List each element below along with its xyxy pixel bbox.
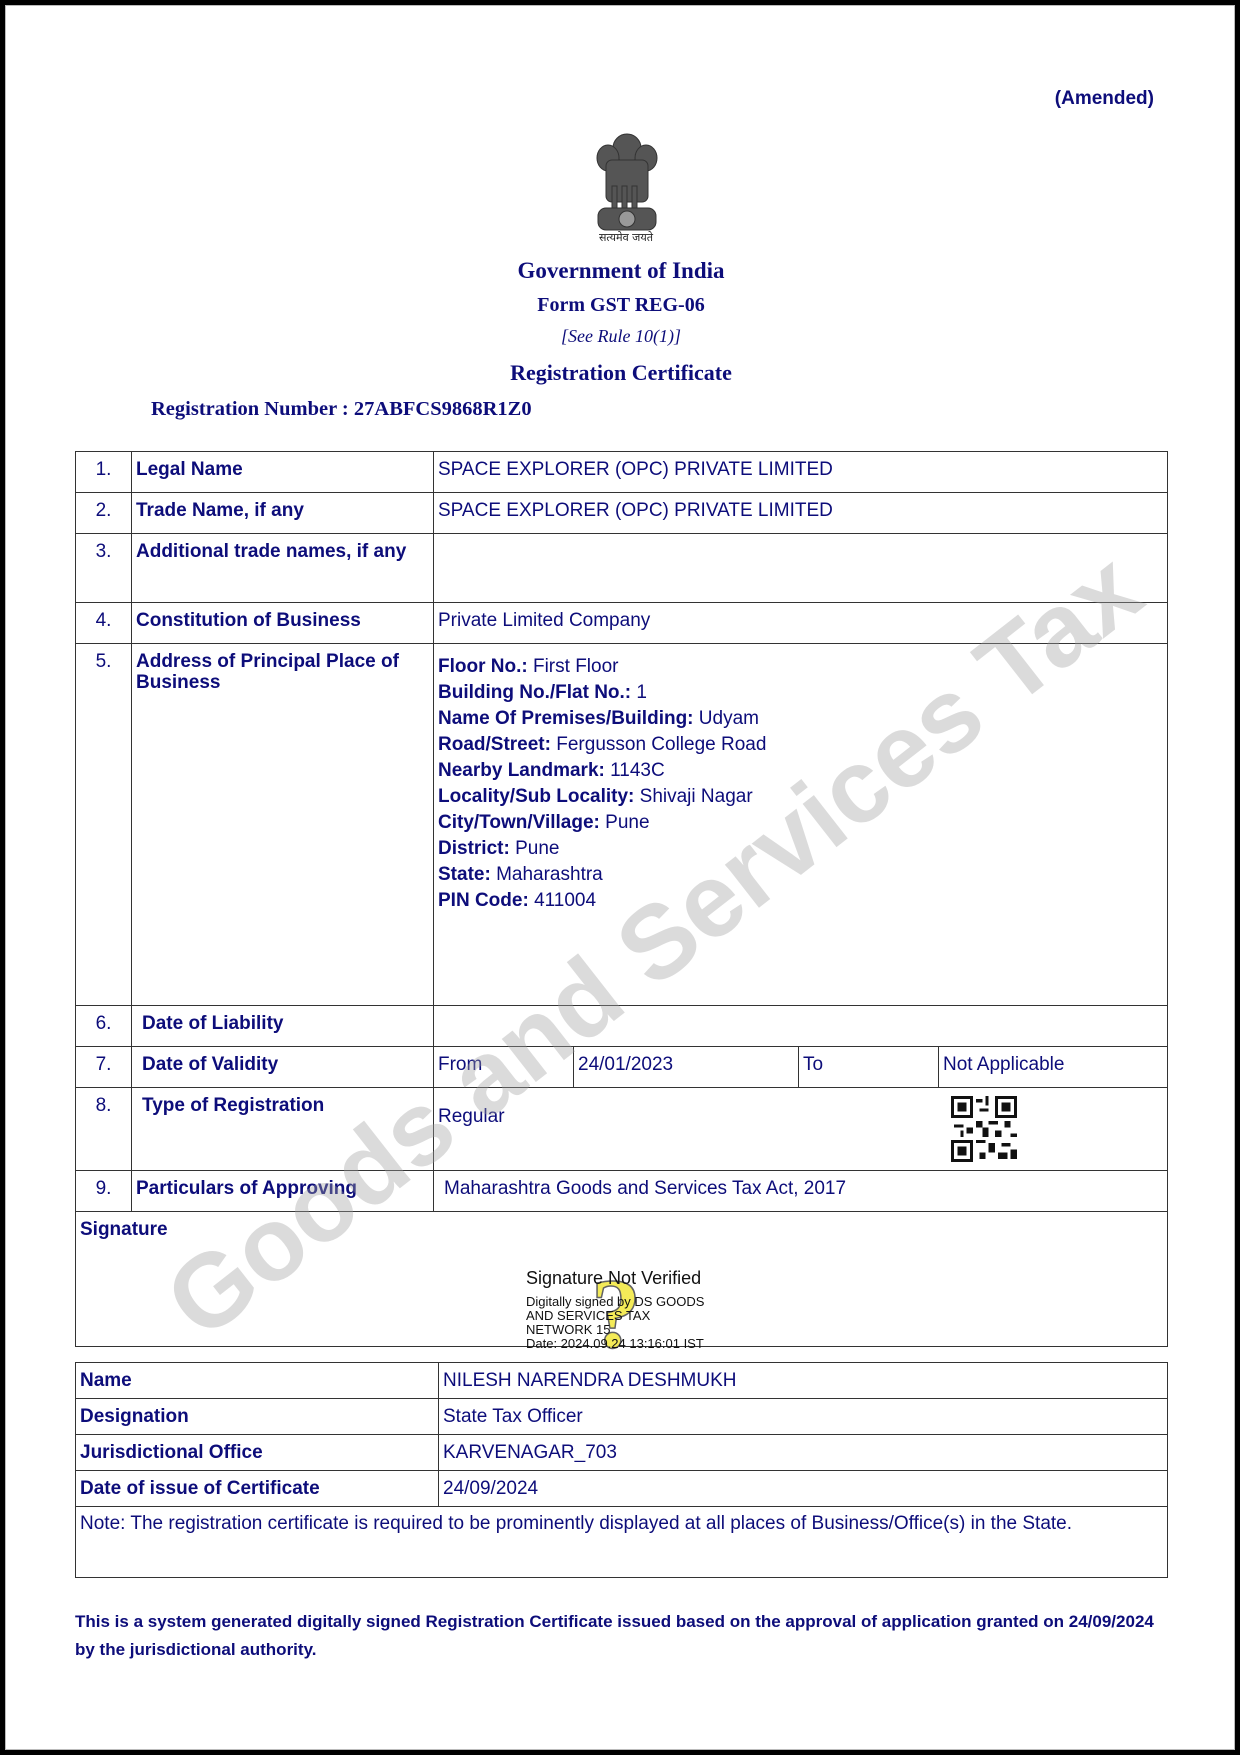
amended-label: (Amended) — [1055, 88, 1154, 110]
table-row: 9. Particulars of Approving Maharashtra … — [76, 1171, 1168, 1212]
jurisdictional-office: KARVENAGAR_703 — [439, 1435, 1168, 1471]
table-row: Date of issue of Certificate 24/09/2024 — [76, 1471, 1168, 1507]
signature-details: Digitally signed by DS GOODS AND SERVICE… — [526, 1295, 704, 1351]
system-generated-footer: This is a system generated digitally sig… — [75, 1608, 1175, 1664]
table-row: 4. Constitution of Business Private Limi… — [76, 603, 1168, 644]
address-road: Road/Street: Fergusson College Road — [438, 732, 1163, 758]
trade-name: SPACE EXPLORER (OPC) PRIVATE LIMITED — [434, 493, 1168, 534]
registration-type: Regular — [434, 1088, 1168, 1171]
officer-designation: State Tax Officer — [439, 1399, 1168, 1435]
table-row: Jurisdictional Office KARVENAGAR_703 — [76, 1435, 1168, 1471]
certificate-page: (Amended) सत्यमेव जयते Government of Ind… — [5, 5, 1235, 1750]
officer-details-table: Name NILESH NARENDRA DESHMUKH Designatio… — [75, 1362, 1168, 1578]
rule-reference: [See Rule 10(1)] — [6, 326, 1236, 347]
validity-to-label: To — [799, 1047, 939, 1088]
legal-name: SPACE EXPLORER (OPC) PRIVATE LIMITED — [434, 452, 1168, 493]
emblem-motto: सत्यमेव जयते — [576, 230, 676, 245]
qr-code-icon — [951, 1096, 1017, 1162]
address-premises: Name Of Premises/Building: Udyam — [438, 706, 1163, 732]
digital-signature-block: Signature Not Verified Digitally signed … — [526, 1268, 704, 1351]
table-row: Designation State Tax Officer — [76, 1399, 1168, 1435]
form-heading: Form GST REG-06 — [6, 294, 1236, 317]
constitution-of-business: Private Limited Company — [434, 603, 1168, 644]
address-floor: Floor No.: First Floor — [438, 654, 1163, 680]
table-row: 2. Trade Name, if any SPACE EXPLORER (OP… — [76, 493, 1168, 534]
address-building: Building No./Flat No.: 1 — [438, 680, 1163, 706]
display-note: Note: The registration certificate is re… — [76, 1507, 1168, 1578]
government-heading: Government of India — [6, 258, 1236, 284]
validity-from-date: 24/01/2023 — [574, 1047, 799, 1088]
address-district: District: Pune — [438, 836, 1163, 862]
approving-act: Maharashtra Goods and Services Tax Act, … — [434, 1171, 1168, 1212]
table-row: 3. Additional trade names, if any — [76, 534, 1168, 603]
validity-from-label: From — [434, 1047, 574, 1088]
officer-name: NILESH NARENDRA DESHMUKH — [439, 1363, 1168, 1399]
address-city: City/Town/Village: Pune — [438, 810, 1163, 836]
issue-date: 24/09/2024 — [439, 1471, 1168, 1507]
address-locality: Locality/Sub Locality: Shivaji Nagar — [438, 784, 1163, 810]
table-row: 6. Date of Liability — [76, 1006, 1168, 1047]
note-row: Note: The registration certificate is re… — [76, 1507, 1168, 1578]
table-row: 1. Legal Name SPACE EXPLORER (OPC) PRIVA… — [76, 452, 1168, 493]
certificate-title: Registration Certificate — [6, 360, 1236, 386]
additional-trade-names — [434, 534, 1168, 603]
address-state: State: Maharashtra — [438, 862, 1163, 888]
address-pin: PIN Code: 411004 — [438, 888, 1163, 914]
table-row: 5. Address of Principal Place of Busines… — [76, 644, 1168, 1006]
validity-to-date: Not Applicable — [939, 1047, 1168, 1088]
registration-details-table: 1. Legal Name SPACE EXPLORER (OPC) PRIVA… — [75, 451, 1168, 1347]
address-landmark: Nearby Landmark: 1143C — [438, 758, 1163, 784]
table-row: 7. Date of Validity From 24/01/2023 To N… — [76, 1047, 1168, 1088]
table-row: 8. Type of Registration Regular — [76, 1088, 1168, 1171]
registration-number: Registration Number : 27ABFCS9868R1Z0 — [151, 398, 532, 421]
signature-status: Signature Not Verified — [526, 1268, 704, 1289]
principal-address: Floor No.: First Floor Building No./Flat… — [434, 644, 1168, 1006]
date-of-liability — [434, 1006, 1168, 1047]
